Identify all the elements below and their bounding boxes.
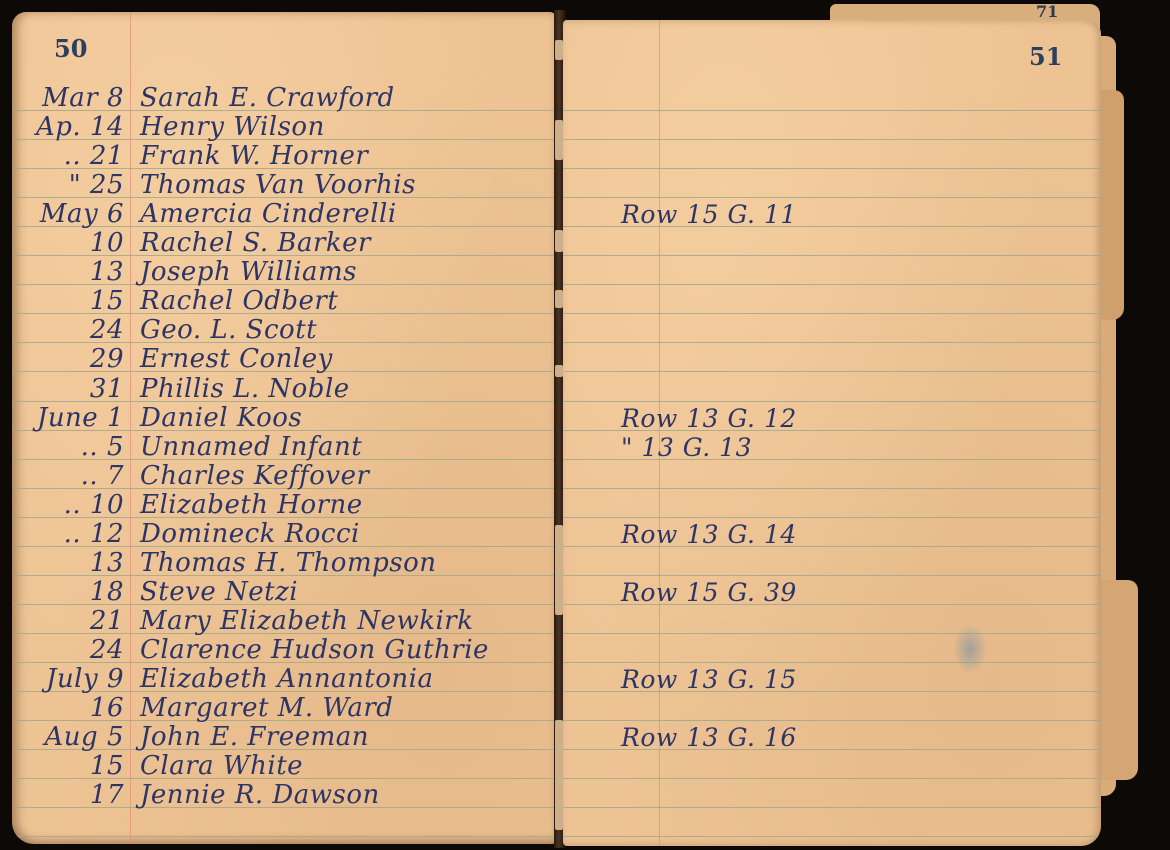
entry-name: Mary Elizabeth Newkirk xyxy=(140,607,473,636)
entry-name: Daniel Koos xyxy=(140,404,302,433)
entry-date: 31 xyxy=(12,375,124,404)
ruled-line xyxy=(563,633,1101,634)
entry-name: John E. Freeman xyxy=(140,723,369,752)
entry-date: .. 21 xyxy=(12,142,124,171)
binding-stitch xyxy=(555,365,563,377)
entry-name: Unnamed Infant xyxy=(140,433,362,462)
binding-stitch xyxy=(555,120,563,160)
ruled-line xyxy=(563,836,1101,837)
entry-date: Ap. 14 xyxy=(12,113,124,142)
page-stack-tab xyxy=(1098,580,1138,780)
entry-name: Domineck Rocci xyxy=(140,520,360,549)
entry-date: .. 12 xyxy=(12,520,124,549)
page-number: 51 xyxy=(1029,42,1062,71)
grave-location: Row 15 G. 39 xyxy=(621,578,797,607)
binding-stitch xyxy=(555,230,563,252)
entry-name: Amercia Cinderelli xyxy=(140,200,397,229)
ruled-line xyxy=(563,139,1101,140)
entry-date: July 9 xyxy=(12,665,124,694)
ruled-line xyxy=(563,778,1101,779)
entry-name: Ernest Conley xyxy=(140,345,333,374)
ruled-line xyxy=(563,488,1101,489)
entry-name: Elizabeth Horne xyxy=(140,491,363,520)
entry-date: .. 10 xyxy=(12,491,124,520)
ruled-line xyxy=(563,197,1101,198)
entry-name: Frank W. Horner xyxy=(140,142,368,171)
entry-date: " 25 xyxy=(12,171,124,200)
entry-date: .. 5 xyxy=(12,433,124,462)
entry-date: 10 xyxy=(12,229,124,258)
entry-name: Elizabeth Annantonia xyxy=(140,665,433,694)
ruled-line xyxy=(563,255,1101,256)
entry-date: Mar 8 xyxy=(12,84,124,113)
entry-name: Jennie R. Dawson xyxy=(140,781,380,810)
right-page: 51 Row 15 G. 11Row 13 G. 12" 13 G. 13Row… xyxy=(563,20,1101,846)
ruled-line xyxy=(563,284,1101,285)
grave-location: " 13 G. 13 xyxy=(621,433,752,462)
entry-date: 15 xyxy=(12,752,124,781)
ruled-line xyxy=(563,371,1101,372)
entry-name: Henry Wilson xyxy=(140,113,325,142)
entry-date: 21 xyxy=(12,607,124,636)
ruled-line xyxy=(563,517,1101,518)
entry-name: Rachel Odbert xyxy=(140,287,338,316)
binding-stitch xyxy=(555,720,563,830)
ruled-line xyxy=(563,401,1101,402)
entry-date: 29 xyxy=(12,345,124,374)
binding-stitch xyxy=(555,525,563,615)
entry-date: June 1 xyxy=(12,404,124,433)
ruled-line xyxy=(563,807,1101,808)
entry-name: Thomas Van Voorhis xyxy=(140,171,416,200)
behind-page-number: 71 xyxy=(1036,2,1058,21)
grave-location: Row 15 G. 11 xyxy=(621,200,797,229)
entry-name: Phillis L. Noble xyxy=(140,375,350,404)
entry-date: 24 xyxy=(12,316,124,345)
entry-name: Charles Keffover xyxy=(140,462,369,491)
binding-stitch xyxy=(555,290,563,308)
page-number: 50 xyxy=(54,34,87,63)
entry-date: 13 xyxy=(12,549,124,578)
entry-date: Aug 5 xyxy=(12,723,124,752)
entry-date: 15 xyxy=(12,287,124,316)
ink-stain xyxy=(953,624,987,674)
ruled-line xyxy=(563,575,1101,576)
entry-name: Clara White xyxy=(140,752,303,781)
entry-name: Geo. L. Scott xyxy=(140,316,317,345)
entry-name: Joseph Williams xyxy=(140,258,357,287)
ruled-line xyxy=(563,110,1101,111)
grave-location: Row 13 G. 14 xyxy=(621,520,797,549)
grave-location: Row 13 G. 16 xyxy=(621,723,797,752)
grave-location: Row 13 G. 12 xyxy=(621,404,797,433)
ruled-line xyxy=(563,720,1101,721)
entry-name: Clarence Hudson Guthrie xyxy=(140,636,489,665)
ruled-line xyxy=(563,342,1101,343)
entry-date: 13 xyxy=(12,258,124,287)
ruled-line xyxy=(563,662,1101,663)
ruled-line xyxy=(563,168,1101,169)
ruled-line xyxy=(563,313,1101,314)
entry-date: 17 xyxy=(12,781,124,810)
entry-date: .. 7 xyxy=(12,462,124,491)
entry-name: Sarah E. Crawford xyxy=(140,84,395,113)
entry-name: Steve Netzi xyxy=(140,578,298,607)
entry-date: May 6 xyxy=(12,200,124,229)
grave-location: Row 13 G. 15 xyxy=(621,665,797,694)
binding-stitch xyxy=(555,40,563,60)
entry-name: Rachel S. Barker xyxy=(140,229,371,258)
entry-name: Thomas H. Thompson xyxy=(140,549,437,578)
ruled-line xyxy=(12,836,556,837)
entry-date: 16 xyxy=(12,694,124,723)
entry-name: Margaret M. Ward xyxy=(140,694,393,723)
entry-date: 18 xyxy=(12,578,124,607)
page-stack-tab xyxy=(1100,90,1124,320)
entry-date: 24 xyxy=(12,636,124,665)
left-page: 50 Mar 8Sarah E. CrawfordAp. 14Henry Wil… xyxy=(12,12,556,844)
